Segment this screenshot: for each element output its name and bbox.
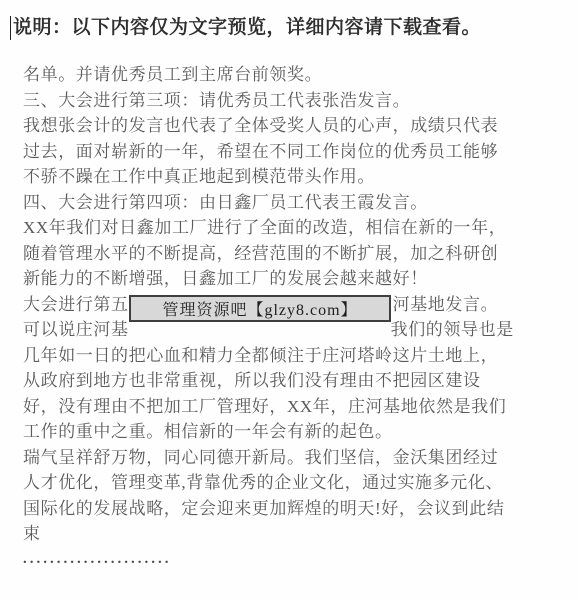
text-line: 我想张会计的发言也代表了全体受奖人员的心声，成绩只代表 xyxy=(23,113,578,139)
text-line: 随着管理水平的不断提高，经营范围的不断扩展，加之科研创 xyxy=(23,241,578,267)
text-line: 三、大会进行第三项：请优秀员工代表张浩发言。 xyxy=(23,88,578,114)
text-line: 不骄不躁在工作中真正地起到模范带头作用。 xyxy=(23,164,578,190)
text-line: XX年我们对日鑫加工厂进行了全面的改造，相信在新的一年， xyxy=(23,215,578,241)
text-line: 好，没有理由不把加工厂管理好，XX年，庄河基地依然是我们 xyxy=(23,394,578,420)
text-line: 名单。并请优秀员工到主席台前领奖。 xyxy=(23,62,578,88)
ellipsis-row: ...................... xyxy=(23,547,578,573)
text-line: 从政府到地方也非常重视，所以我们没有理由不把园区建设 xyxy=(23,368,578,394)
preview-notice-row: 说明：以下内容仅为文字预览，详细内容请下载查看。 xyxy=(10,14,578,42)
text-line: 瑞气呈祥舒万物，同心同德开新局。我们坚信，金沃集团经过 xyxy=(23,445,578,471)
text-line: 过去，面对崭新的一年，希望在不同工作岗位的优秀员工能够 xyxy=(23,139,578,165)
text-line: 几年如一日的把心血和精力全都倾注于庄河塔岭这片土地上， xyxy=(23,343,578,369)
obscured-line-suffix: 我们的领导也是 xyxy=(391,320,514,339)
text-line: 国际化的发展战略，定会迎来更加辉煌的明天!好，会议到此结 xyxy=(23,496,578,522)
text-line: 新能力的不断增强，日鑫加工厂的发展会越来越好！ xyxy=(23,266,578,292)
watermark-badge: 管理资源吧【glzy8.com】 xyxy=(129,295,391,322)
text-cursor xyxy=(10,16,11,40)
text-line: 四、大会进行第四项：由日鑫厂员工代表王霞发言。 xyxy=(23,190,578,216)
text-line: 束 xyxy=(23,521,578,547)
text-line: 工作的重中之重。相信新的一年会有新的起色。 xyxy=(23,419,578,445)
obscured-line-prefix: 可以说庄河基 xyxy=(23,320,129,339)
text-line: 人才优化，管理变革,背靠优秀的企业文化，通过实施多元化、 xyxy=(23,470,578,496)
preview-notice: 说明：以下内容仅为文字预览，详细内容请下载查看。 xyxy=(13,14,481,42)
obscured-gap xyxy=(129,334,391,335)
